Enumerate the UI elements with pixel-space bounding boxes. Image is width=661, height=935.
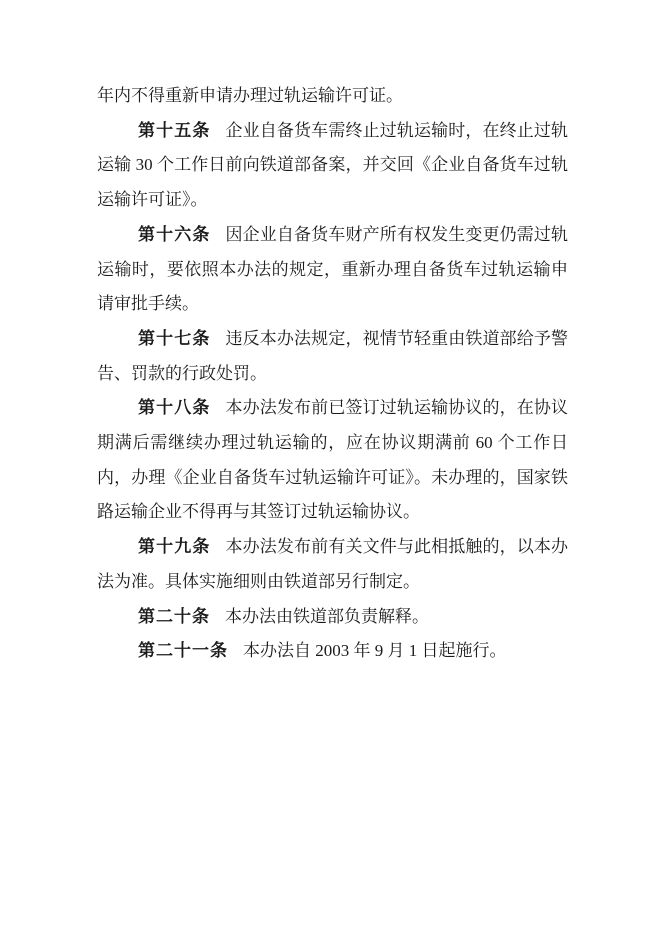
article-18-number: 第十八条 (138, 398, 211, 417)
article-17-number: 第十七条 (138, 329, 211, 348)
paragraph-article-15: 第十五条企业自备货车需终止过轨运输时，在终止过轨运输 30 个工作日前向铁道部备… (97, 114, 568, 218)
document-body: 年内不得重新申请办理过轨运输许可证。 第十五条企业自备货车需终止过轨运输时，在终… (97, 79, 568, 669)
paragraph-continuation: 年内不得重新申请办理过轨运输许可证。 (97, 79, 568, 114)
paragraph-article-19: 第十九条本办法发布前有关文件与此相抵触的，以本办法为准。具体实施细则由铁道部另行… (97, 530, 568, 599)
document-page: 年内不得重新申请办理过轨运输许可证。 第十五条企业自备货车需终止过轨运输时，在终… (97, 79, 568, 669)
article-19-number: 第十九条 (138, 537, 211, 556)
article-21-text: 本办法自 2003 年 9 月 1 日起施行。 (243, 641, 507, 660)
article-20-text: 本办法由铁道部负责解释。 (225, 607, 429, 626)
paragraph-article-18: 第十八条本办法发布前已签订过轨运输协议的，在协议期满后需继续办理过轨运输的，应在… (97, 391, 568, 530)
paragraph-article-20: 第二十条本办法由铁道部负责解释。 (97, 600, 568, 635)
paragraph-continuation-text: 年内不得重新申请办理过轨运输许可证。 (97, 86, 403, 105)
paragraph-article-21: 第二十一条本办法自 2003 年 9 月 1 日起施行。 (97, 634, 568, 669)
paragraph-article-16: 第十六条因企业自备货车财产所有权发生变更仍需过轨运输时，要依照本办法的规定，重新… (97, 218, 568, 322)
article-15-number: 第十五条 (138, 121, 211, 140)
article-20-number: 第二十条 (138, 607, 210, 626)
article-21-number: 第二十一条 (138, 641, 228, 660)
article-16-number: 第十六条 (138, 225, 211, 244)
paragraph-article-17: 第十七条违反本办法规定，视情节轻重由铁道部给予警告、罚款的行政处罚。 (97, 322, 568, 391)
